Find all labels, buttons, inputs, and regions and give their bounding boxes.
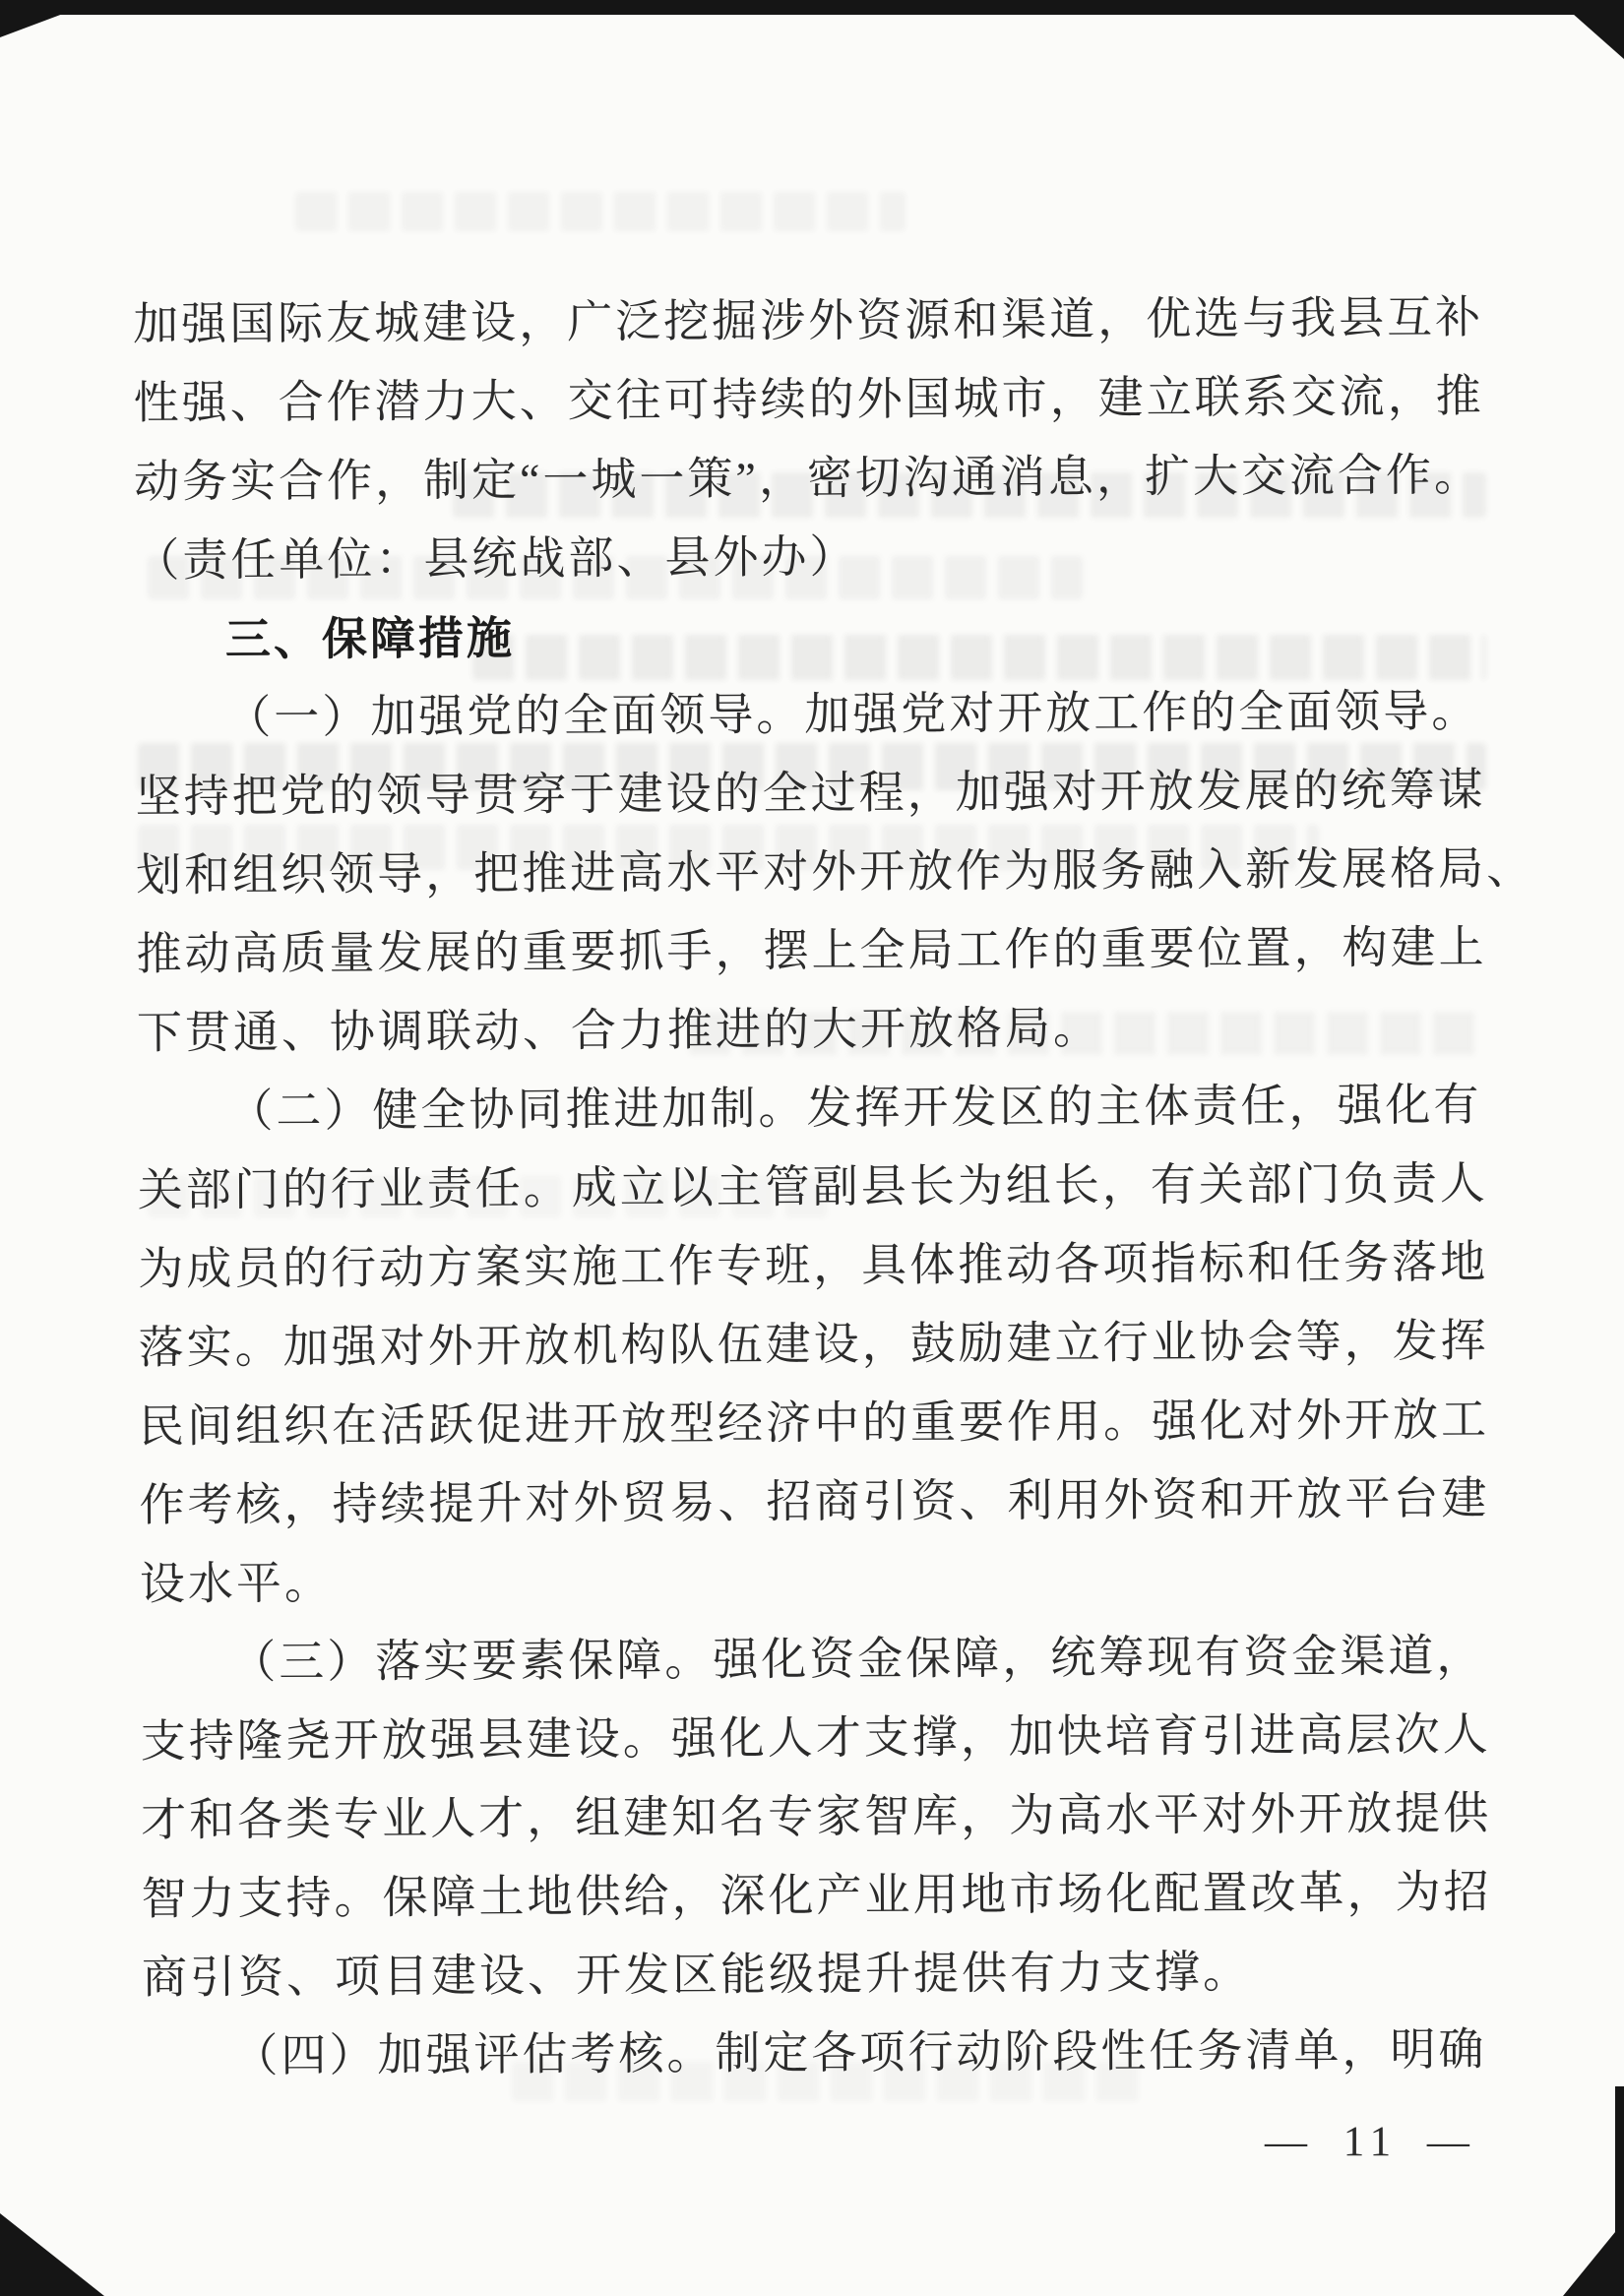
text-line: 加强国际友城建设，广泛挖掘涉外资源和渠道，优选与我县互补 [133, 279, 1511, 364]
document-body: 加强国际友城建设，广泛挖掘涉外资源和渠道，优选与我县互补 性强、合作潜力大、交往… [133, 279, 1521, 2096]
text-line: 动务实合作，制定“一城一策”，密切沟通消息，扩大交流合作。 [134, 436, 1512, 522]
text-line: 性强、合作潜力大、交往可持续的外国城市，建立联系交流，推 [133, 357, 1511, 443]
text-line: 支持隆尧开放强县建设。强化人才支撑，加快培育引进高层次人 [141, 1696, 1519, 1781]
text-line: 智力支持。保障土地供给，深化产业用地市场化配置改革，为招 [141, 1853, 1519, 1939]
page-number: — 11 — [1265, 2118, 1476, 2166]
scan-top-right-artifact [1573, 14, 1624, 59]
text-line: 关部门的行业责任。成立以主管副县长为组长，有关部门负责人 [138, 1145, 1516, 1230]
text-line: 坚持把党的领导贯穿于建设的全过程，加强对开放发展的统筹谋 [136, 751, 1514, 837]
scan-bottom-left-artifact [0, 2213, 104, 2296]
text-line: 划和组织领导，把推进高水平对外开放作为服务融入新发展格局、 [136, 830, 1514, 915]
text-line: 才和各类专业人才，组建知名专家智库，为高水平对外开放提供 [141, 1774, 1519, 1860]
paragraph-first-line: （三）落实要素保障。强化资金保障，统筹现有资金渠道， [140, 1617, 1518, 1703]
paragraph-first-line: （一）加强党的全面领导。加强党对开放工作的全面领导。 [135, 672, 1513, 758]
paragraph-first-line: （二）健全协同推进加制。发挥开发区的主体责任，强化有 [137, 1066, 1515, 1151]
bleedthrough-ghost [295, 192, 906, 231]
text-line: 推动高质量发展的重要抓手，摆上全局工作的重要位置，构建上 [136, 908, 1514, 994]
text-line: 设水平。 [140, 1538, 1518, 1624]
scan-top-edge-artifact [0, 0, 1624, 15]
paragraph-first-line: （四）加强评估考核。制定各项行动阶段性任务清单，明确 [142, 2011, 1520, 2096]
text-line: 下贯通、协调联动、合力推进的大开放格局。 [137, 987, 1515, 1073]
text-line: 落实。加强对外开放机构队伍建设，鼓励建立行业协会等，发挥 [138, 1302, 1516, 1388]
responsible-unit-line: （责任单位：县统战部、县外办） [134, 515, 1512, 600]
text-line: 商引资、项目建设、开发区能级提升提供有力支撑。 [142, 1932, 1520, 2017]
text-line: 民间组织在活跃促进开放型经济中的重要作用。强化对外开放工 [139, 1381, 1517, 1466]
section-heading: 三、保障措施 [135, 593, 1513, 679]
text-line: 作考核，持续提升对外贸易、招商引资、利用外资和开放平台建 [139, 1459, 1517, 1545]
scanned-document-page: 加强国际友城建设，广泛挖掘涉外资源和渠道，优选与我县互补 性强、合作潜力大、交往… [0, 0, 1624, 2296]
text-line: 为成员的行动方案实施工作专班，具体推动各项指标和任务落地 [138, 1223, 1516, 1309]
scan-top-left-artifact [0, 14, 63, 37]
